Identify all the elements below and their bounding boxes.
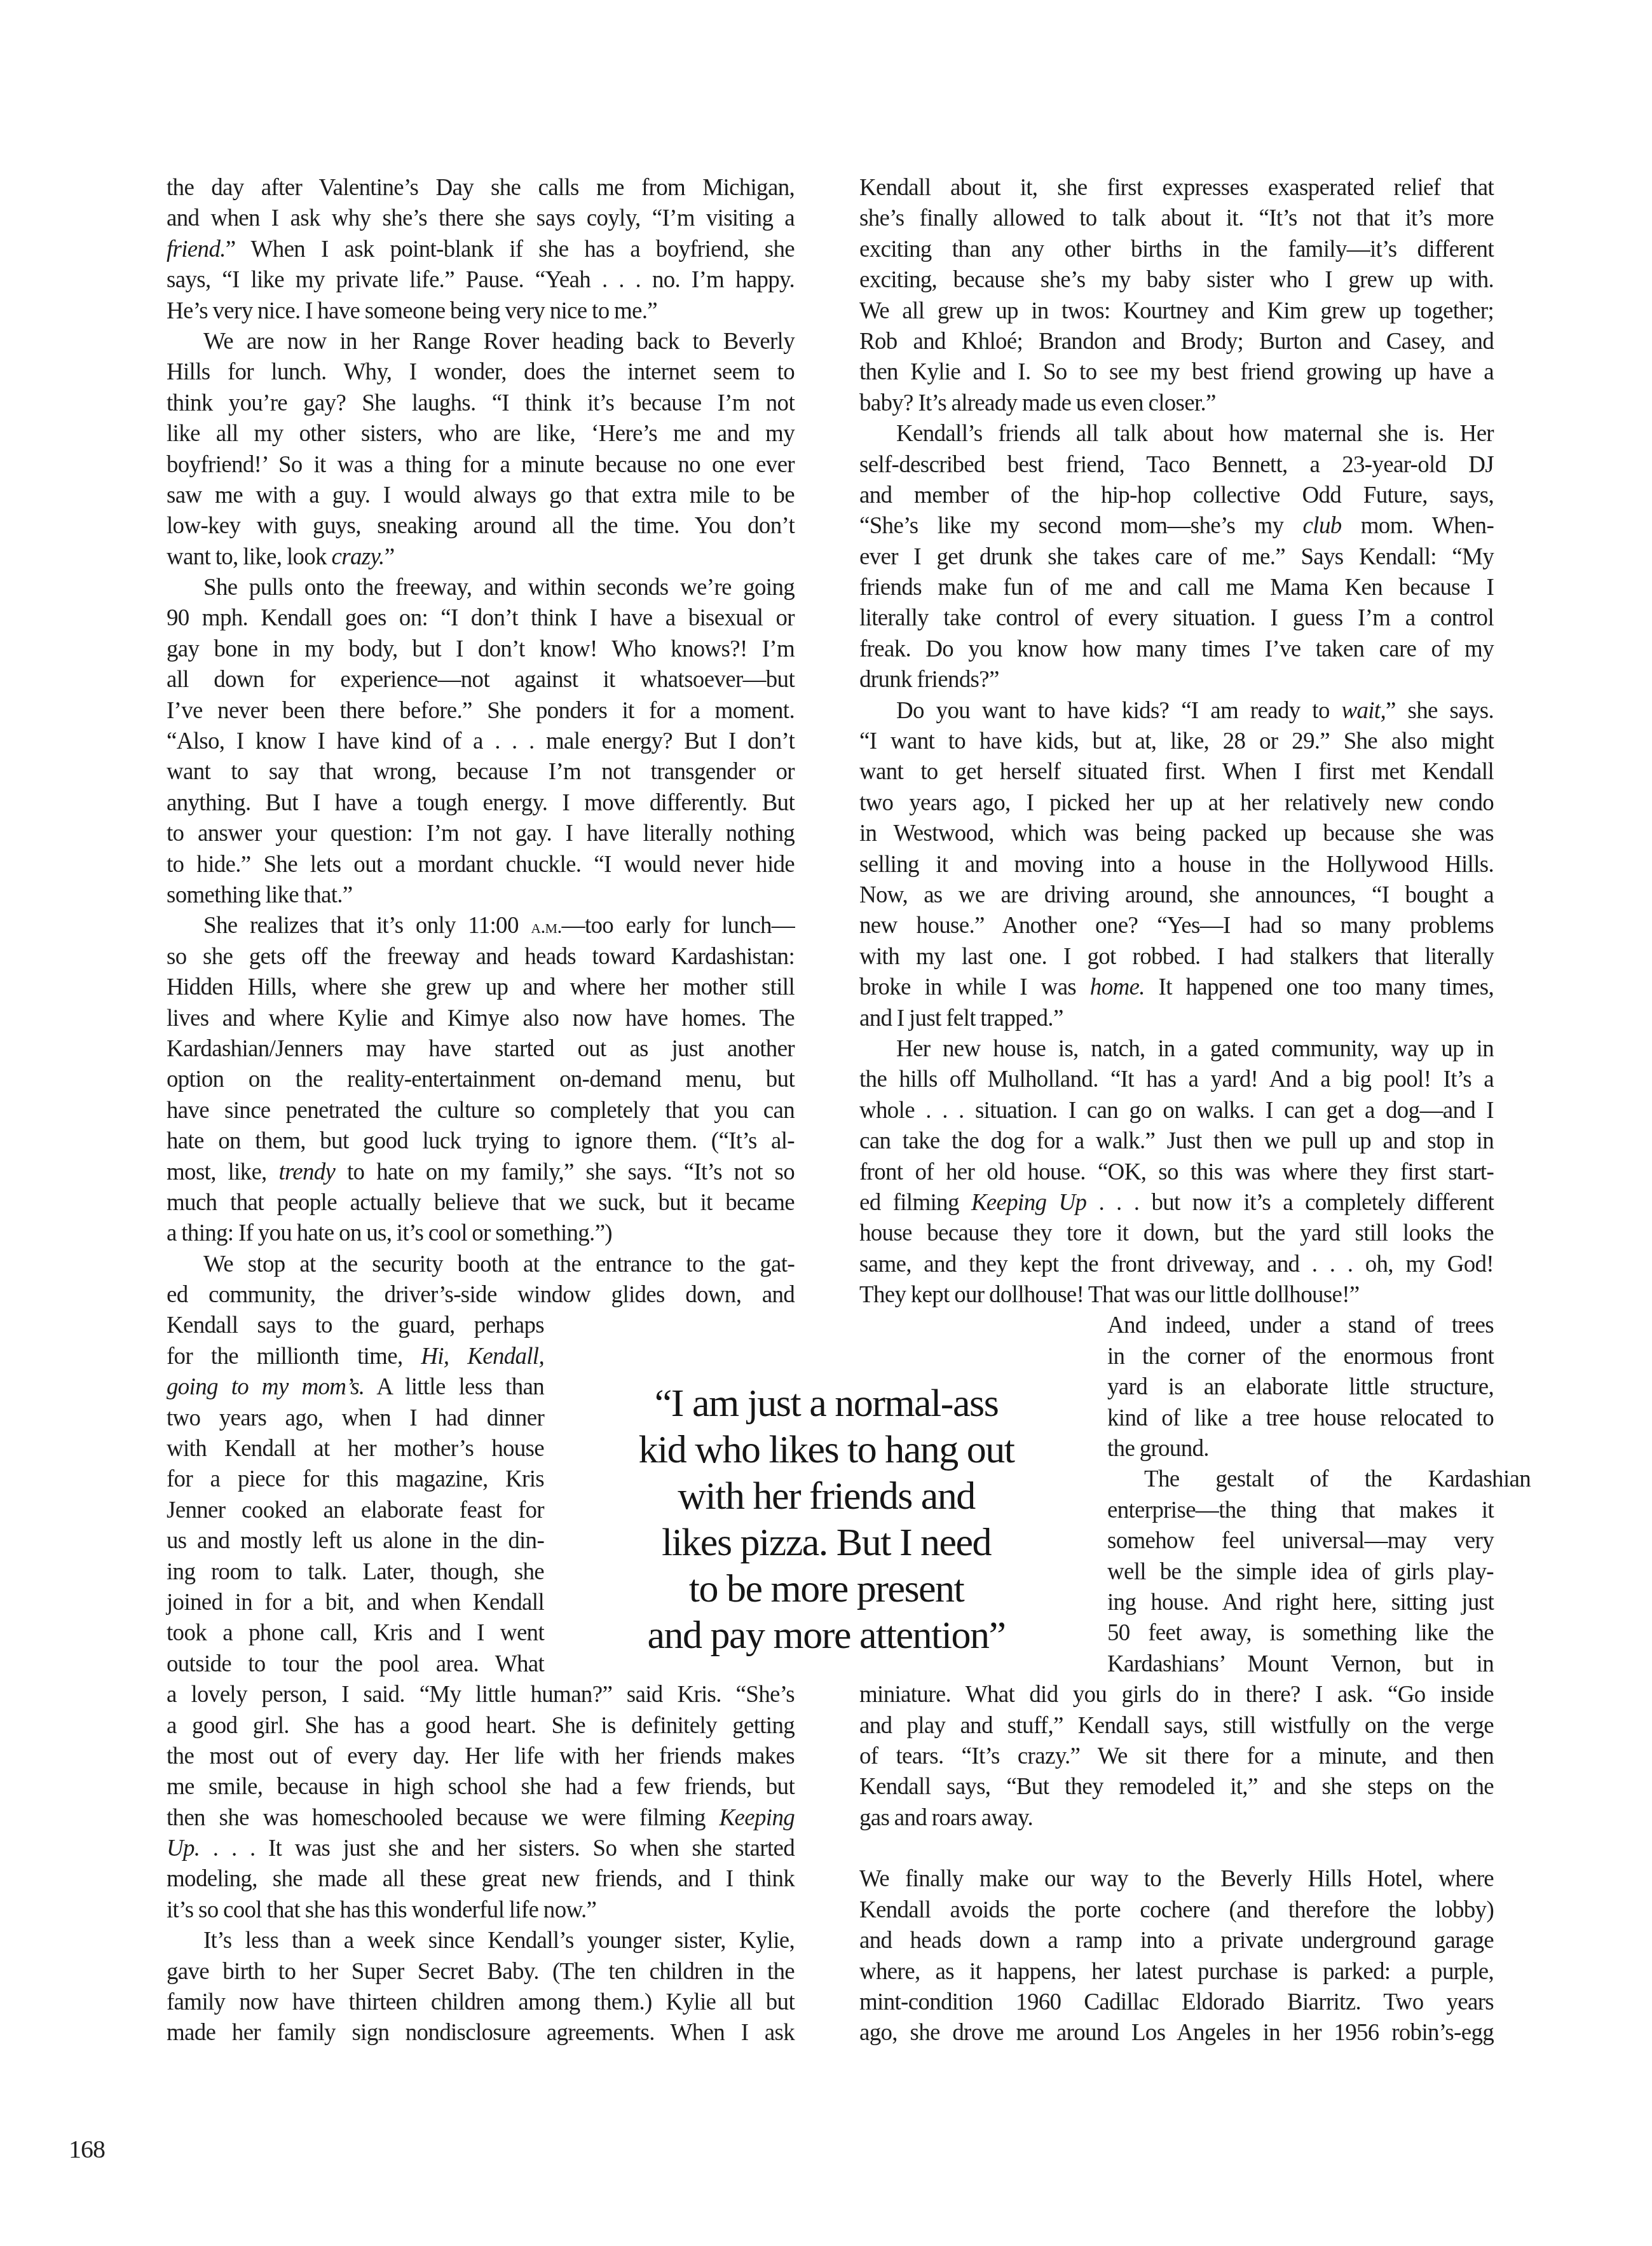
- text-line: then she was homeschooled because we wer…: [167, 1803, 795, 1834]
- text-line: to hide.” She lets out a mordant chuckle…: [167, 850, 795, 880]
- text-line: made her family sign nondisclosure agree…: [167, 2018, 795, 2048]
- text-line: Rob and Khloé; Brandon and Brody; Burton…: [859, 327, 1494, 357]
- text-line: us and mostly left us alone in the din-: [167, 1526, 544, 1556]
- text-line: Hidden Hills, where she grew up and wher…: [167, 972, 795, 1003]
- text-line: enterprise—the thing that makes it: [1107, 1495, 1494, 1526]
- text-line: and when I ask why she’s there she says …: [167, 203, 795, 234]
- text-line: whole . . . situation. I can go on walks…: [859, 1096, 1494, 1126]
- text-line: new house.” Another one? “Yes—I had so m…: [859, 911, 1494, 941]
- text-line: much that people actually believe that w…: [167, 1188, 795, 1218]
- text-line: joined in for a bit, and when Kendall: [167, 1588, 544, 1618]
- text-line: me smile, because in high school she had…: [167, 1772, 795, 1802]
- text-line: [859, 1834, 1494, 1864]
- text-line: then Kylie and I. So to see my best frie…: [859, 357, 1494, 388]
- text-line: in Westwood, which was being packed up b…: [859, 819, 1494, 849]
- text-line: We all grew up in twos: Kourtney and Kim…: [859, 296, 1494, 327]
- text-line: ed community, the driver’s-side window g…: [167, 1280, 795, 1310]
- text-line: gay bone in my body, but I don’t know! W…: [167, 634, 795, 665]
- text-line: modeling, she made all these great new f…: [167, 1864, 795, 1895]
- text-line: She realizes that it’s only 11:00 a.m.—t…: [167, 911, 795, 941]
- text-line: miniature. What did you girls do in ther…: [859, 1680, 1494, 1710]
- text-line: like all my other sisters, who are like,…: [167, 419, 795, 449]
- text-line: She pulls onto the freeway, and within s…: [167, 573, 795, 603]
- text-line: a lovely person, I said. “My little huma…: [167, 1680, 795, 1710]
- text-line: The gestalt of the Kardashian: [1107, 1464, 1531, 1495]
- pull-quote-line: to be more present: [572, 1566, 1081, 1612]
- text-line: took a phone call, Kris and I went: [167, 1618, 544, 1649]
- pull-quote: “I am just a normal-ass kid who likes to…: [572, 1380, 1081, 1659]
- text-line: Kendall says, “But they remodeled it,” a…: [859, 1772, 1494, 1802]
- text-line: Now, as we are driving around, she annou…: [859, 880, 1494, 911]
- text-line: Jenner cooked an elaborate feast for: [167, 1495, 544, 1526]
- text-line: says, “I like my private life.” Pause. “…: [167, 265, 795, 296]
- text-line: and I just felt trapped.”: [859, 1004, 1494, 1034]
- text-line: 90 mph. Kendall goes on: “I don’t think …: [167, 603, 795, 634]
- pull-quote-line: kid who likes to hang out: [572, 1427, 1081, 1473]
- text-line: can take the dog for a walk.” Just then …: [859, 1126, 1494, 1157]
- text-line: ed filming Keeping Up . . . but now it’s…: [859, 1188, 1494, 1218]
- pull-quote-line: “I am just a normal-ass: [572, 1380, 1081, 1427]
- text-line: ing room to talk. Later, though, she: [167, 1557, 544, 1588]
- text-line: broke in while I was home. It happened o…: [859, 972, 1494, 1003]
- article-column-right: Kendall about it, she first expresses ex…: [859, 173, 1494, 2049]
- text-line: baby? It’s already made us even closer.”: [859, 388, 1494, 419]
- text-line: and play and stuff,” Kendall says, still…: [859, 1711, 1494, 1741]
- text-line: option on the reality-entertainment on-d…: [167, 1065, 795, 1095]
- text-line: “Also, I know I have kind of a . . . mal…: [167, 726, 795, 757]
- text-line: want to, like, look crazy.”: [167, 542, 795, 573]
- text-line: gave birth to her Super Secret Baby. (Th…: [167, 1957, 795, 1987]
- text-line: think you’re gay? She laughs. “I think i…: [167, 388, 795, 419]
- text-line: 50 feet away, is something like the: [1107, 1618, 1494, 1649]
- text-line: ago, she drove me around Los Angeles in …: [859, 2018, 1494, 2048]
- text-line: selling it and moving into a house in th…: [859, 850, 1494, 880]
- text-line: want to say that wrong, because I’m not …: [167, 757, 795, 787]
- text-line: yard is an elaborate little structure,: [1107, 1372, 1494, 1403]
- text-line: something like that.”: [167, 880, 795, 911]
- text-line: anything. But I have a tough energy. I m…: [167, 788, 795, 819]
- text-line: Kardashian/Jenners may have started out …: [167, 1034, 795, 1065]
- text-line: And indeed, under a stand of trees: [1107, 1310, 1494, 1341]
- text-line: “She’s like my second mom—she’s my club …: [859, 511, 1494, 541]
- text-line: outside to tour the pool area. What: [167, 1649, 544, 1680]
- text-line: Up. . . . It was just she and her sister…: [167, 1834, 795, 1864]
- text-line: Hills for lunch. Why, I wonder, does the…: [167, 357, 795, 388]
- text-line: exciting, because she’s my baby sister w…: [859, 265, 1494, 296]
- text-line: of tears. “It’s crazy.” We sit there for…: [859, 1741, 1494, 1772]
- text-line: saw me with a guy. I would always go tha…: [167, 480, 795, 511]
- text-line: the day after Valentine’s Day she calls …: [167, 173, 795, 203]
- text-line: have since penetrated the culture so com…: [167, 1096, 795, 1126]
- text-line: she’s finally allowed to talk about it. …: [859, 203, 1494, 234]
- text-line: friend.” When I ask point-blank if she h…: [167, 235, 795, 265]
- text-line: Kardashians’ Mount Vernon, but in: [1107, 1649, 1494, 1680]
- text-line: boyfriend!’ So it was a thing for a minu…: [167, 450, 795, 480]
- text-line: and heads down a ramp into a private und…: [859, 1926, 1494, 1956]
- text-line: hate on them, but good luck trying to ig…: [167, 1126, 795, 1157]
- text-line: He’s very nice. I have someone being ver…: [167, 296, 795, 327]
- text-line: so she gets off the freeway and heads to…: [167, 942, 795, 972]
- text-line: to answer your question: I’m not gay. I …: [167, 819, 795, 849]
- text-line: drunk friends?”: [859, 665, 1494, 695]
- text-line: house because they tore it down, but the…: [859, 1218, 1494, 1249]
- text-line: ing house. And right here, sitting just: [1107, 1588, 1494, 1618]
- text-line: “I want to have kids, but at, like, 28 o…: [859, 726, 1494, 757]
- text-line: Kendall avoids the porte cochere (and th…: [859, 1895, 1494, 1926]
- text-line: for a piece for this magazine, Kris: [167, 1464, 544, 1495]
- text-line: a good girl. She has a good heart. She i…: [167, 1711, 795, 1741]
- text-line: literally take control of every situatio…: [859, 603, 1494, 634]
- pull-quote-line: with her friends and: [572, 1473, 1081, 1520]
- text-line: exciting than any other births in the fa…: [859, 235, 1494, 265]
- text-line: lives and where Kylie and Kimye also now…: [167, 1004, 795, 1034]
- text-line: the most out of every day. Her life with…: [167, 1741, 795, 1772]
- text-line: the ground.: [1107, 1434, 1494, 1464]
- text-line: where, as it happens, her latest purchas…: [859, 1957, 1494, 1987]
- pull-quote-line: likes pizza. But I need: [572, 1520, 1081, 1566]
- text-line: We stop at the security booth at the ent…: [167, 1249, 795, 1280]
- text-line: gas and roars away.: [859, 1803, 1494, 1834]
- text-line: somehow feel universal—may very: [1107, 1526, 1494, 1556]
- text-line: ever I get drunk she takes care of me.” …: [859, 542, 1494, 573]
- text-line: a thing: If you hate on us, it’s cool or…: [167, 1218, 795, 1249]
- text-line: They kept our dollhouse! That was our li…: [859, 1280, 1494, 1310]
- text-line: self-described best friend, Taco Bennett…: [859, 450, 1494, 480]
- text-line: well be the simple idea of girls play-: [1107, 1557, 1494, 1588]
- text-line: Kendall about it, she first expresses ex…: [859, 173, 1494, 203]
- text-line: It’s less than a week since Kendall’s yo…: [167, 1926, 795, 1956]
- article-column-left: the day after Valentine’s Day she calls …: [167, 173, 795, 2049]
- text-line: with my last one. I got robbed. I had st…: [859, 942, 1494, 972]
- text-line: Kendall says to the guard, perhaps: [167, 1310, 544, 1341]
- text-line: the hills off Mulholland. “It has a yard…: [859, 1065, 1494, 1095]
- text-line: same, and they kept the front driveway, …: [859, 1249, 1494, 1280]
- text-line: it’s so cool that she has this wonderful…: [167, 1895, 795, 1926]
- text-line: want to get herself situated first. When…: [859, 757, 1494, 787]
- text-line: Kendall’s friends all talk about how mat…: [859, 419, 1494, 449]
- text-line: front of her old house. “OK, so this was…: [859, 1157, 1494, 1188]
- pull-quote-line: and pay more attention”: [572, 1612, 1081, 1659]
- text-line: with Kendall at her mother’s house: [167, 1434, 544, 1464]
- text-line: and member of the hip-hop collective Odd…: [859, 480, 1494, 511]
- text-line: mint-condition 1960 Cadillac Eldorado Bi…: [859, 1987, 1494, 2018]
- text-line: low-key with guys, sneaking around all t…: [167, 511, 795, 541]
- page-number: 168: [69, 2134, 105, 2164]
- text-line: freak. Do you know how many times I’ve t…: [859, 634, 1494, 665]
- text-line: Her new house is, natch, in a gated comm…: [859, 1034, 1494, 1065]
- text-line: We are now in her Range Rover heading ba…: [167, 327, 795, 357]
- text-line: going to my mom’s. A little less than: [167, 1372, 544, 1403]
- text-line: family now have thirteen children among …: [167, 1987, 795, 2018]
- text-line: I’ve never been there before.” She ponde…: [167, 696, 795, 726]
- text-line: for the millionth time, Hi, Kendall,: [167, 1342, 544, 1372]
- text-line: kind of like a tree house relocated to: [1107, 1403, 1494, 1434]
- text-line: two years ago, when I had dinner: [167, 1403, 544, 1434]
- text-line: all down for experience—not against it w…: [167, 665, 795, 695]
- text-line: two years ago, I picked her up at her re…: [859, 788, 1494, 819]
- text-line: most, like, trendy to hate on my family,…: [167, 1157, 795, 1188]
- text-line: We finally make our way to the Beverly H…: [859, 1864, 1494, 1895]
- text-line: in the corner of the enormous front: [1107, 1342, 1494, 1372]
- text-line: friends make fun of me and call me Mama …: [859, 573, 1494, 603]
- text-line: Do you want to have kids? “I am ready to…: [859, 696, 1494, 726]
